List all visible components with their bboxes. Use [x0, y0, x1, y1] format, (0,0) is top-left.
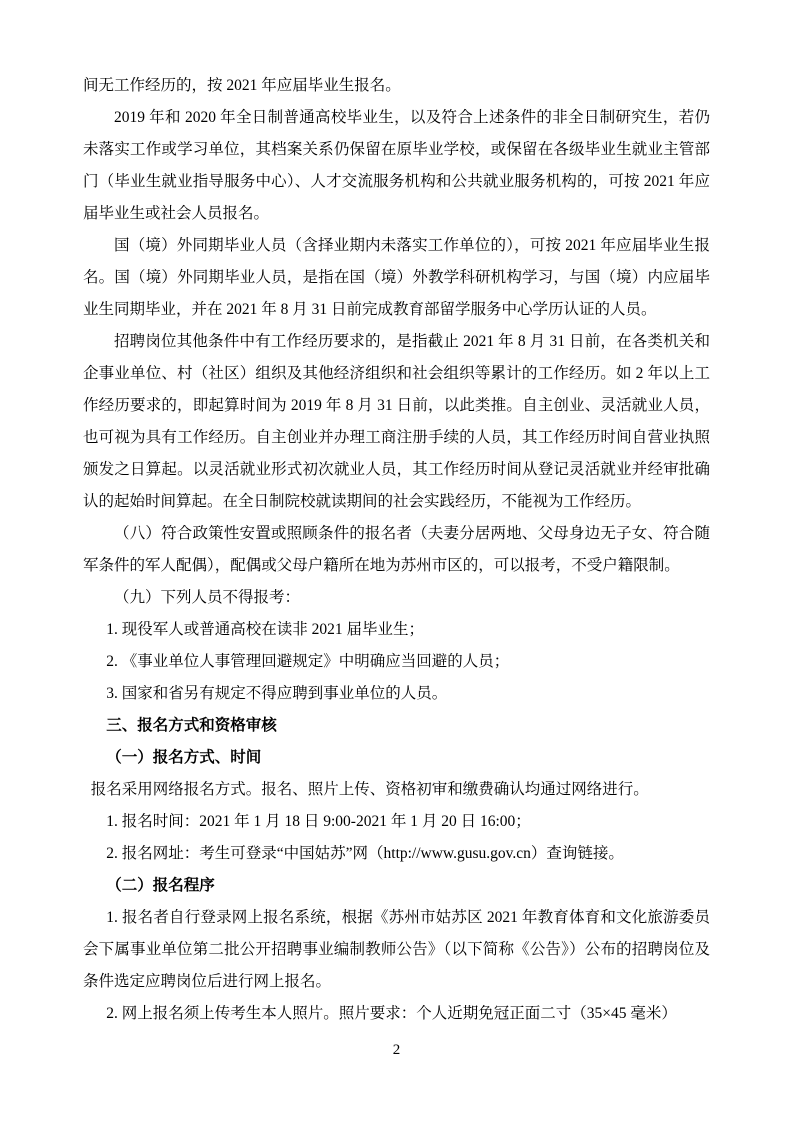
paragraph: 1. 报名时间：2021 年 1 月 18 日 9:00-2021 年 1 月 …: [83, 806, 710, 838]
document-page: 间无工作经历的，按 2021 年应届毕业生报名。2019 年和 2020 年全日…: [0, 0, 793, 1122]
paragraph: 1. 现役军人或普通高校在读非 2021 届毕业生；: [83, 614, 710, 646]
paragraph: 2. 报名网址：考生可登录“中国姑苏”网（http://www.gusu.gov…: [83, 838, 710, 870]
paragraph: 3. 国家和省另有规定不得应聘到事业单位的人员。: [83, 678, 710, 710]
paragraph: 1. 报名者自行登录网上报名系统，根据《苏州市姑苏区 2021 年教育体育和文化…: [83, 902, 710, 998]
paragraph: （一）报名方式、时间: [83, 742, 710, 774]
paragraph: 招聘岗位其他条件中有工作经历要求的，是指截止 2021 年 8 月 31 日前，…: [83, 326, 710, 518]
paragraph: 国（境）外同期毕业人员（含择业期内未落实工作单位的），可按 2021 年应届毕业…: [83, 230, 710, 326]
paragraph: 三、报名方式和资格审核: [83, 710, 710, 742]
paragraph: 2. 《事业单位人事管理回避规定》中明确应当回避的人员；: [83, 646, 710, 678]
page-number: 2: [0, 1041, 793, 1059]
paragraph: （八）符合政策性安置或照顾条件的报名者（夫妻分居两地、父母身边无子女、符合随军条…: [83, 518, 710, 582]
document-body: 间无工作经历的，按 2021 年应届毕业生报名。2019 年和 2020 年全日…: [83, 70, 710, 1030]
paragraph: （九）下列人员不得报考：: [83, 582, 710, 614]
paragraph: 2. 网上报名须上传考生本人照片。照片要求：个人近期免冠正面二寸（35×45 毫…: [83, 998, 710, 1030]
paragraph: （二）报名程序: [83, 870, 710, 902]
paragraph: 间无工作经历的，按 2021 年应届毕业生报名。: [83, 70, 710, 102]
paragraph: 报名采用网络报名方式。报名、照片上传、资格初审和缴费确认均通过网络进行。: [83, 774, 710, 806]
paragraph: 2019 年和 2020 年全日制普通高校毕业生，以及符合上述条件的非全日制研究…: [83, 102, 710, 230]
